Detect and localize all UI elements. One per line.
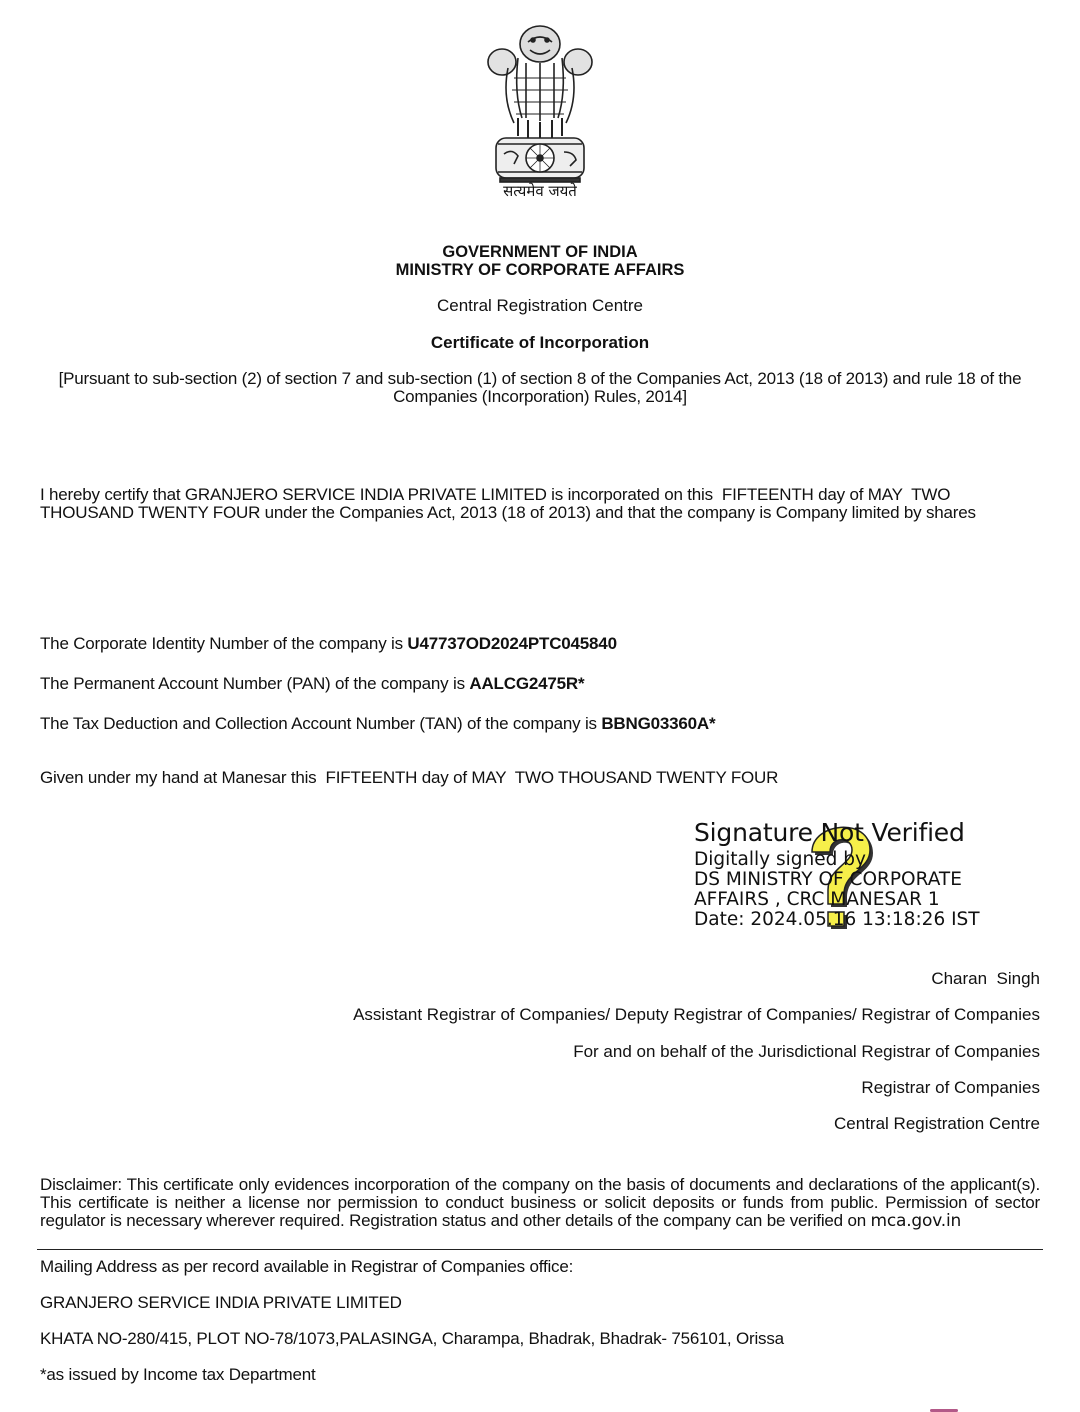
mailing-company-name: GRANJERO SERVICE INDIA PRIVATE LIMITED	[40, 1294, 1040, 1312]
signatory-name: Charan Singh	[931, 969, 1040, 989]
government-heading: GOVERNMENT OF INDIA	[0, 243, 1080, 261]
signature-status: Signature Not Verified	[694, 816, 1034, 850]
on-behalf-line: For and on behalf of the Jurisdictional …	[573, 1042, 1040, 1062]
signed-by-label: Digitally signed by	[694, 850, 1034, 870]
signatory-designation: Assistant Registrar of Companies/ Deputy…	[353, 1005, 1040, 1025]
cin-label: The Corporate Identity Number of the com…	[40, 634, 407, 653]
ashoka-lion-capital-icon	[478, 18, 602, 202]
ministry-heading: MINISTRY OF CORPORATE AFFAIRS	[0, 261, 1080, 279]
mca-link[interactable]: mca.gov.in	[871, 1211, 962, 1231]
signer-name-line2: AFFAIRS , CRC MANESAR 1	[694, 890, 1034, 910]
national-motto: सत्यमेव जयते	[0, 181, 1080, 201]
pan-label: The Permanent Account Number (PAN) of th…	[40, 674, 469, 693]
registrar-office: Registrar of Companies	[861, 1078, 1040, 1098]
pursuant-clause: [Pursuant to sub-section (2) of section …	[45, 370, 1035, 406]
centre-name: Central Registration Centre	[0, 297, 1080, 315]
certificate-title: Certificate of Incorporation	[0, 334, 1080, 352]
disclaimer: Disclaimer: This certificate only eviden…	[40, 1176, 1040, 1230]
given-under-statement: Given under my hand at Manesar this FIFT…	[40, 769, 1040, 787]
national-emblem	[478, 18, 602, 202]
pan-line: The Permanent Account Number (PAN) of th…	[40, 675, 1040, 693]
mailing-address: KHATA NO-280/415, PLOT NO-78/1073,PALASI…	[40, 1330, 1040, 1348]
registration-centre: Central Registration Centre	[834, 1114, 1040, 1134]
pan-value: AALCG2475R*	[469, 674, 584, 693]
footnote: *as issued by Income tax Department	[40, 1366, 1040, 1384]
tan-label: The Tax Deduction and Collection Account…	[40, 714, 601, 733]
digital-signature-block: Signature Not Verified Digitally signed …	[694, 816, 1034, 930]
tan-value: BBNG03360A*	[601, 714, 715, 733]
cin-line: The Corporate Identity Number of the com…	[40, 635, 1040, 653]
certification-statement: I hereby certify that GRANJERO SERVICE I…	[40, 486, 1040, 522]
divider	[37, 1249, 1043, 1250]
signer-name-line1: DS MINISTRY OF CORPORATE	[694, 870, 1034, 890]
tan-line: The Tax Deduction and Collection Account…	[40, 715, 1040, 733]
signature-date: Date: 2024.05.16 13:18:26 IST	[694, 910, 1034, 930]
mailing-address-label: Mailing Address as per record available …	[40, 1258, 1040, 1276]
cin-value: U47737OD2024PTC045840	[407, 634, 616, 653]
